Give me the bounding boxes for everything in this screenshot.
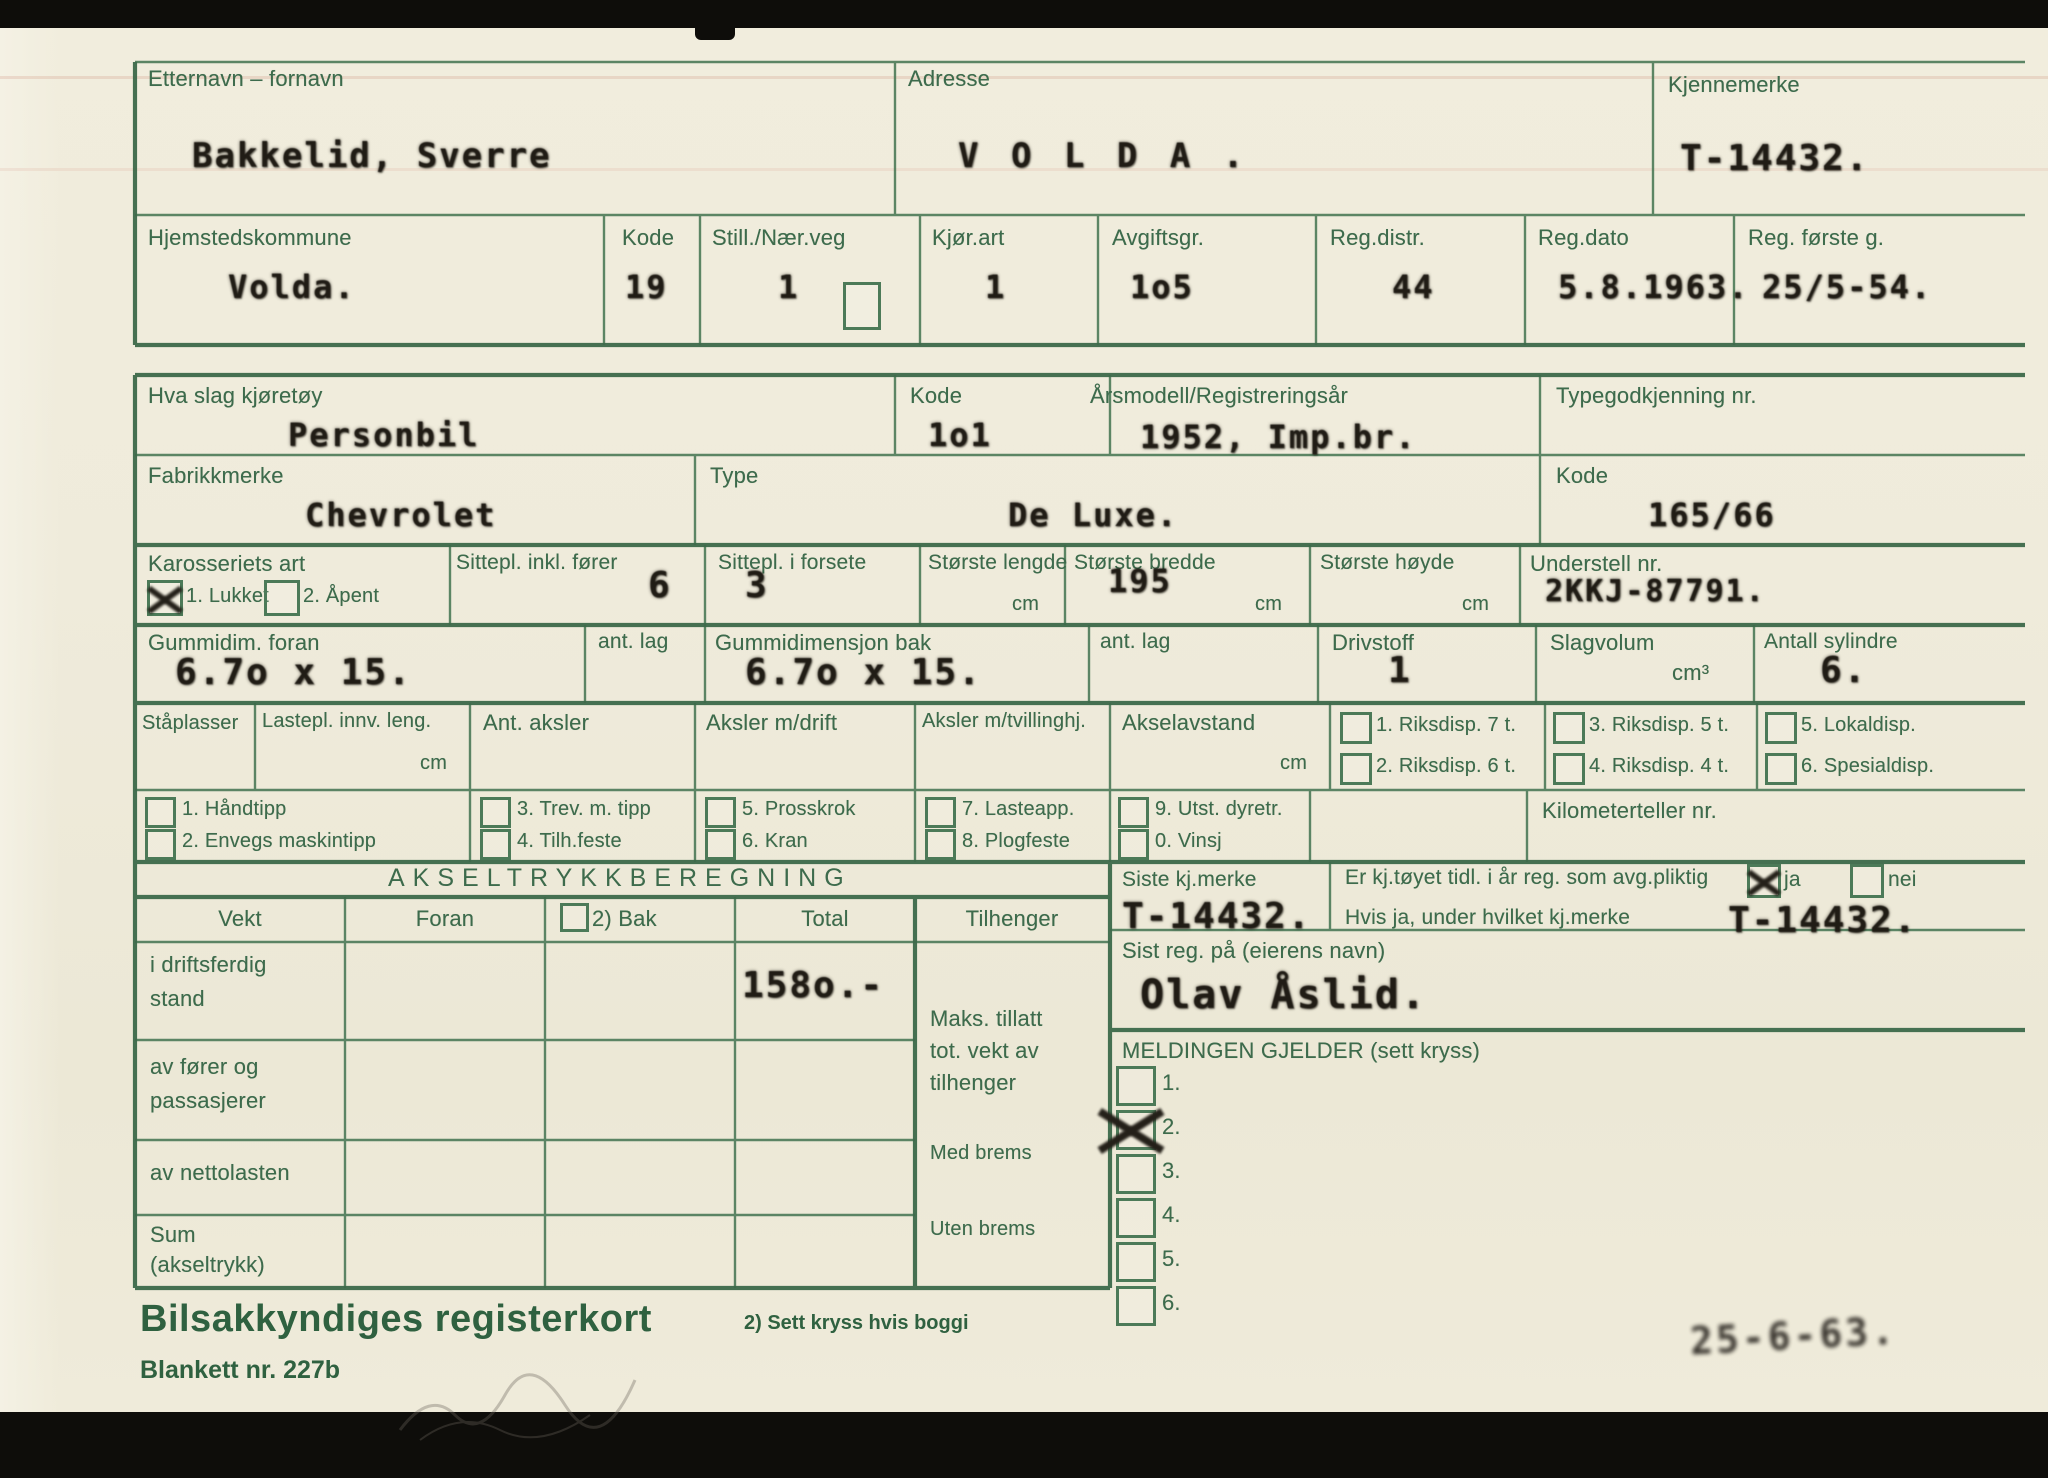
card-title: Bilsakkyndiges registerkort [140, 1298, 652, 1341]
avgift-label: Avgiftsgr. [1112, 225, 1204, 251]
staplasser-label: Ståplasser [142, 712, 239, 735]
tilhfeste-label: 4. Tilh.feste [517, 830, 622, 853]
lengde-cm: cm [1012, 593, 1039, 616]
type-label: Type [710, 463, 759, 489]
melding-checkbox-5 [1116, 1242, 1156, 1282]
adresse-label: Adresse [908, 66, 990, 92]
boggi-footnote: 2) Sett kryss hvis boggi [744, 1312, 969, 1335]
registration-card: Etternavn – fornavn Bakkelid, Sverre Adr… [0, 0, 2048, 1478]
apent-label: 2. Åpent [303, 585, 379, 608]
sistreg-value: Olav Åslid. [1140, 972, 1427, 1018]
kode-a-label: Kode [910, 383, 962, 409]
understell-value: 2KKJ-87791. [1545, 574, 1766, 609]
aksler-tvilling-label: Aksler m/tvillinghj. [922, 710, 1086, 733]
hoyde-label: Største høyde [1320, 551, 1454, 575]
melding-checkbox-6 [1116, 1286, 1156, 1326]
pencil-scribble [390, 1360, 650, 1450]
melding-checkbox-4 [1116, 1198, 1156, 1238]
avgift-value: 1o5 [1130, 268, 1194, 306]
kjorart-label: Kjør.art [932, 225, 1005, 251]
melding-label-1: 1. [1162, 1070, 1181, 1096]
kode-value: 19 [625, 268, 668, 306]
fabrikk-label: Fabrikkmerke [148, 463, 284, 489]
riksdisp6-label: 2. Riksdisp. 6 t. [1376, 755, 1516, 778]
nei-label: nei [1888, 868, 1917, 892]
melding-label-4: 4. [1162, 1202, 1181, 1228]
etternavn-label: Etternavn – fornavn [148, 66, 344, 92]
trev-checkbox [480, 797, 511, 828]
etternavn-value: Bakkelid, Sverre [192, 136, 552, 176]
envegs-label: 2. Envegs maskintipp [182, 830, 376, 853]
still-value: 1 [778, 268, 799, 306]
riksdisp7-label: 1. Riksdisp. 7 t. [1376, 714, 1516, 737]
sittepl-forer-value: 6 [648, 565, 672, 606]
dyretr-label: 9. Utst. dyretr. [1155, 798, 1283, 821]
regforste-label: Reg. første g. [1748, 225, 1884, 251]
riksdisp5-label: 3. Riksdisp. 5 t. [1589, 714, 1729, 737]
kran-label: 6. Kran [742, 830, 808, 853]
kilometerteller-label: Kilometerteller nr. [1542, 798, 1717, 824]
med-brems-label: Med brems [930, 1142, 1032, 1165]
arsmodell-label: Årsmodell/Registreringsår [1090, 383, 1348, 409]
akseltrykk-title: AKSELTRYKKBEREGNING [388, 864, 852, 893]
maks-tillatt-1: Maks. tillatt [930, 1006, 1043, 1032]
vinsj-label: 0. Vinsj [1155, 830, 1222, 853]
regdato-value: 5.8.1963. [1558, 268, 1749, 306]
rad-forer-2: passasjerer [150, 1088, 266, 1114]
apent-checkbox [264, 580, 300, 616]
melding-checkbox-1 [1116, 1066, 1156, 1106]
sittepl-forsete-label: Sittepl. i forsete [718, 551, 866, 575]
antlag2-label: ant. lag [1100, 630, 1171, 654]
lokaldisp-checkbox [1765, 712, 1797, 744]
regdistr-value: 44 [1392, 268, 1435, 306]
sylindre-value: 6. [1820, 650, 1867, 691]
rad-forer-1: av fører og [150, 1054, 259, 1080]
regforste-value: 25/5-54. [1762, 268, 1932, 306]
melding-checkbox-3 [1116, 1154, 1156, 1194]
sittepl-forsete-value: 3 [745, 565, 769, 606]
melding-label-3: 3. [1162, 1158, 1181, 1184]
plogfeste-checkbox [925, 829, 956, 860]
riksdisp5-checkbox [1553, 712, 1585, 744]
antlag-label: ant. lag [598, 630, 669, 654]
trev-label: 3. Trev. m. tipp [517, 798, 651, 821]
akselavstand-label: Akselavstand [1122, 710, 1255, 736]
maks-tillatt-3: tilhenger [930, 1070, 1016, 1096]
lukket-label: 1. Lukket [186, 585, 269, 608]
lasteapp-checkbox [925, 797, 956, 828]
kode-b-label: Kode [1556, 463, 1608, 489]
ja-label: ja [1784, 868, 1801, 892]
drivstoff-value: 1 [1388, 650, 1412, 691]
slagvolum-label: Slagvolum [1550, 630, 1655, 656]
tilhfeste-checkbox [480, 829, 511, 860]
hvisja-value: T-14432. [1728, 900, 1917, 941]
gummi-foran-value: 6.7o x 15. [175, 652, 412, 693]
nei-checkbox [1850, 864, 1884, 898]
avgpliktig-label: Er kj.tøyet tidl. i år reg. som avg.plik… [1345, 866, 1708, 890]
rad-sum-1: Sum [150, 1222, 196, 1248]
lukket-checkbox-checked [147, 580, 183, 616]
riksdisp4-checkbox [1553, 753, 1585, 785]
hoyde-cm: cm [1462, 593, 1489, 616]
gummi-bak-value: 6.7o x 15. [745, 652, 982, 693]
adresse-value: V O L D A . [958, 136, 1249, 176]
lasteapp-label: 7. Lasteapp. [962, 798, 1075, 821]
lengde-label: Største lengde [928, 551, 1067, 575]
boggi-checkbox [560, 903, 589, 932]
still-checkbox [843, 282, 881, 330]
spesialdisp-label: 6. Spesialdisp. [1801, 755, 1934, 778]
lastepl-label: Lastepl. innv. leng. [262, 710, 431, 733]
riksdisp6-checkbox [1340, 753, 1372, 785]
handtipp-checkbox [145, 797, 176, 828]
aksler-drift-label: Aksler m/drift [706, 710, 837, 736]
riksdisp7-checkbox [1340, 712, 1372, 744]
melding-label-5: 5. [1162, 1246, 1181, 1272]
lokaldisp-label: 5. Lokaldisp. [1801, 714, 1916, 737]
antaksler-label: Ant. aksler [483, 710, 589, 736]
plogfeste-label: 8. Plogfeste [962, 830, 1070, 853]
melding-2-x-mark [1100, 1102, 1162, 1156]
akselavstand-cm: cm [1280, 752, 1307, 775]
spesialdisp-checkbox [1765, 753, 1797, 785]
hjemsted-value: Volda. [228, 268, 356, 306]
lastepl-cm: cm [420, 752, 447, 775]
rad-driftsferdig-2: stand [150, 986, 205, 1012]
envegs-checkbox [145, 829, 176, 860]
siste-kjmerke-label: Siste kj.merke [1122, 868, 1257, 892]
prosskrok-label: 5. Prosskrok [742, 798, 856, 821]
hvaslag-label: Hva slag kjøretøy [148, 383, 323, 409]
col-total: Total [775, 906, 875, 932]
col-tilhenger: Tilhenger [952, 906, 1072, 932]
regdato-label: Reg.dato [1538, 225, 1629, 251]
type-value: De Luxe. [1008, 496, 1178, 534]
bredde-value: 195 [1108, 562, 1172, 600]
prosskrok-checkbox [705, 797, 736, 828]
dyretr-checkbox [1118, 797, 1149, 828]
kjennemerke-label: Kjennemerke [1668, 72, 1800, 98]
meldingen-label: MELDINGEN GJELDER (sett kryss) [1122, 1038, 1480, 1064]
bredde-cm: cm [1255, 593, 1282, 616]
rad-driftsferdig-1: i driftsferdig [150, 952, 267, 978]
col-foran: Foran [395, 906, 495, 932]
kran-checkbox [705, 829, 736, 860]
blankett-number: Blankett nr. 227b [140, 1356, 340, 1385]
regdistr-label: Reg.distr. [1330, 225, 1425, 251]
fabrikk-value: Chevrolet [305, 496, 496, 534]
melding-label-2: 2. [1162, 1114, 1181, 1140]
kode-label: Kode [622, 225, 674, 251]
typegodkjenning-label: Typegodkjenning nr. [1556, 383, 1757, 409]
kjorart-value: 1 [985, 268, 1006, 306]
handtipp-label: 1. Håndtipp [182, 798, 287, 821]
sistreg-label: Sist reg. på (eierens navn) [1122, 938, 1385, 964]
vinsj-checkbox [1118, 829, 1149, 860]
maks-tillatt-2: tot. vekt av [930, 1038, 1039, 1064]
kode-a-value: 1o1 [928, 416, 992, 454]
rad-sum-2: (akseltrykk) [150, 1252, 265, 1278]
siste-kjmerke-value: T-14432. [1122, 896, 1311, 937]
sittepl-forer-label: Sittepl. inkl. fører [456, 551, 618, 575]
melding-label-6: 6. [1162, 1290, 1181, 1316]
hjemsted-label: Hjemstedskommune [148, 225, 352, 251]
slagvolum-cm3: cm³ [1672, 660, 1709, 686]
ja-checkbox-checked [1747, 864, 1781, 898]
kode-b-value: 165/66 [1648, 496, 1776, 534]
rad-nettolast: av nettolasten [150, 1160, 290, 1186]
riksdisp4-label: 4. Riksdisp. 4 t. [1589, 755, 1729, 778]
hvisja-label: Hvis ja, under hvilket kj.merke [1345, 906, 1630, 930]
arsmodell-value: 1952, Imp.br. [1140, 418, 1416, 456]
driftsferdig-total-value: 158o.- [742, 965, 884, 1006]
still-label: Still./Nær.veg [712, 225, 846, 251]
karosseri-label: Karosseriets art [148, 551, 305, 577]
kjennemerke-value: T-14432. [1680, 138, 1869, 179]
hvaslag-value: Personbil [288, 416, 479, 454]
uten-brems-label: Uten brems [930, 1218, 1035, 1241]
form-grid [0, 0, 2048, 1478]
col-vekt: Vekt [190, 906, 290, 932]
col-bak: 2) Bak [592, 906, 657, 932]
